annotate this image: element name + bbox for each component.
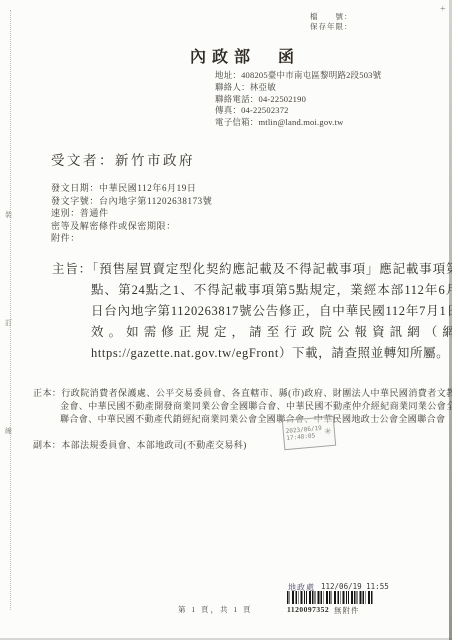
subject-text: 「預售屋買賣定型化契約應記載及不得記載事項」應記載事項第20點、第24點之1、不… xyxy=(91,262,452,360)
copy-label: 副本： xyxy=(33,440,61,450)
file-number-block: 檔 號： 保存年限： xyxy=(310,12,353,32)
binding-mark-zhuang: 裝 xyxy=(5,210,12,220)
document-meta-block: 發文日期：中華民國112年6月19日 發文字號：台內地字第11202638173… xyxy=(51,182,212,245)
contact-person: 聯絡人：林亞敏 xyxy=(215,82,387,94)
copy-recipients: 副本：本部法規委員會、本部地政司(不動產交易科) xyxy=(33,439,452,452)
original-recipients: 正本：行政院消費者保護處、公平交易委員會、各直轄市、縣(市)政府、財團法人中華民… xyxy=(33,387,452,426)
contact-address: 地址：408205臺中市南屯區黎明路2段503號 xyxy=(215,70,387,82)
dispatch-stamp: 2023/06/1917:48:05 ✳ xyxy=(282,416,336,450)
contact-fax: 傳真：04-22502372 xyxy=(215,105,387,117)
binding-mark-xian: 線 xyxy=(5,426,12,436)
binding-dotted-line xyxy=(10,10,11,610)
dispatch-stamp-seal-icon: ✳ xyxy=(324,426,332,438)
receive-number: 1120097352 xyxy=(287,605,329,614)
recipient-line: 受文者：新竹市政府 xyxy=(51,149,195,169)
original-label: 正本： xyxy=(33,388,61,398)
barcode xyxy=(287,591,373,604)
contact-email: 電子信箱：mtlin@land.moi.gov.tw xyxy=(215,117,387,129)
attachment-note: 無附件 xyxy=(334,605,360,616)
security-class-line: 密等及解密條件或保密期限： xyxy=(51,220,212,233)
original-text: 行政院消費者保護處、公平交易委員會、各直轄市、縣(市)政府、財團法人中華民國消費… xyxy=(60,388,452,424)
subject-label: 主旨： xyxy=(52,262,92,276)
binding-mark-ding: 訂 xyxy=(5,318,12,328)
document-title: 內政部 函 xyxy=(190,44,300,67)
issue-date-line: 發文日期：中華民國112年6月19日 xyxy=(51,182,212,195)
contact-info-block: 地址：408205臺中市南屯區黎明路2段503號 聯絡人：林亞敏 聯絡電話：04… xyxy=(215,70,387,129)
contact-phone: 聯絡電話：04-22502190 xyxy=(215,94,387,106)
copy-text: 本部法規委員會、本部地政司(不動產交易科) xyxy=(61,440,246,450)
speed-class-line: 速別：普通件 xyxy=(51,207,212,220)
receive-datetime: 112/06/19 11:55 xyxy=(321,582,389,591)
page-number-footer: 第 1 頁，共 1 頁 xyxy=(178,604,253,615)
doc-number-line: 發文字號：台內地字第11202638173號 xyxy=(51,195,212,208)
dispatch-stamp-datetime: 2023/06/1917:48:05 xyxy=(285,425,322,442)
subject-paragraph: 主旨：「預售屋買賣定型化契約應記載及不得記載事項」應記載事項第20點、第24點之… xyxy=(52,259,452,364)
scanned-official-letter: + 裝 訂 線 檔 號： 保存年限： 內政部 函 地址：408205臺中市南屯區… xyxy=(0,0,452,640)
retention-period-label: 保存年限： xyxy=(310,22,353,32)
file-number-label: 檔 號： xyxy=(310,12,353,22)
attachment-line: 附件： xyxy=(51,232,212,245)
registration-mark: + xyxy=(440,4,446,15)
